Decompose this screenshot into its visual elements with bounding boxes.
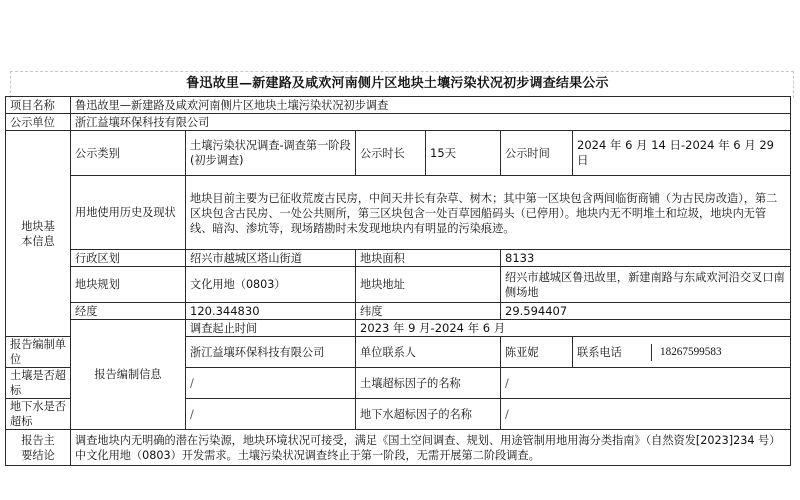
conclusion-value: 调查地块内无明确的潜在污染源，地块环境状况可接受，满足《国土空间调查、规划、用途… (71, 430, 791, 466)
row-project-name: 项目名称 鲁迅故里—新建路及咸欢河南侧片区地块土壤污染状况初步调查 (6, 97, 791, 114)
soil-factor-label: 土壤超标因子的名称 (356, 368, 501, 399)
notice-table: 项目名称 鲁迅故里—新建路及咸欢河南侧片区地块土壤污染状况初步调查 公示单位 浙… (5, 96, 791, 466)
document-title: 鲁迅故里—新建路及咸欢河南侧片区地块土壤污染状况初步调查结果公示 (5, 72, 790, 96)
row-survey-period: 报告编制信息 调查起止时间 2023 年 9 月-2024 年 6 月 (6, 320, 791, 337)
row-publisher: 公示单位 浙江益壤环保科技有限公司 (6, 114, 791, 131)
publisher-value: 浙江益壤环保科技有限公司 (71, 114, 791, 131)
address-value: 绍兴市越城区鲁迅故里，新建南路与东咸欢河沿交叉口南侧场地 (501, 267, 791, 303)
groundwater-factor-value: / (501, 399, 791, 430)
groundwater-exceed-label: 地下水是否超标 (6, 399, 71, 430)
address-label: 地块地址 (356, 267, 501, 303)
contact-person-value: 陈亚妮 (501, 337, 573, 368)
contact-phone-cell: 联系电话 18267599583 (573, 337, 791, 368)
publisher-label: 公示单位 (6, 114, 71, 131)
soil-exceed-label: 土壤是否超标 (6, 368, 71, 399)
row-district: 行政区划 绍兴市越城区塔山街道 地块面积 8133 (6, 250, 791, 267)
survey-period-label: 调查起止时间 (186, 320, 356, 337)
contact-person-label: 单位联系人 (356, 337, 501, 368)
latitude-value: 29.594407 (501, 303, 791, 320)
basic-info-section-label: 地块基本信息 (6, 131, 71, 337)
soil-exceed-value: / (186, 368, 356, 399)
project-name-label: 项目名称 (6, 97, 71, 114)
notice-type-value: 土壤污染状况调查-调查第一阶段(初步调查) (186, 131, 356, 176)
notice-type-label: 公示类别 (71, 131, 186, 176)
contact-phone-value: 18267599583 (652, 344, 730, 361)
groundwater-factor-label: 地下水超标因子的名称 (356, 399, 501, 430)
area-value: 8133 (501, 250, 791, 267)
row-conclusion: 报告主要结论 调查地块内无明确的潜在污染源，地块环境状况可接受，满足《国土空间调… (6, 430, 791, 466)
area-label: 地块面积 (356, 250, 501, 267)
survey-period-value: 2023 年 9 月-2024 年 6 月 (356, 320, 791, 337)
longitude-value: 120.344830 (186, 303, 356, 320)
row-coordinates: 经度 120.344830 纬度 29.594407 (6, 303, 791, 320)
latitude-label: 纬度 (356, 303, 501, 320)
row-planning: 地块规划 文化用地（0803） 地块地址 绍兴市越城区鲁迅故里，新建南路与东咸欢… (6, 267, 791, 303)
district-value: 绍兴市越城区塔山街道 (186, 250, 356, 267)
contact-phone-label: 联系电话 (573, 344, 652, 361)
report-org-label: 报告编制单位 (6, 337, 71, 368)
notice-duration-label: 公示时长 (356, 131, 426, 176)
row-notice-type: 地块基本信息 公示类别 土壤污染状况调查-调查第一阶段(初步调查) 公示时长 1… (6, 131, 791, 176)
report-org-value: 浙江益壤环保科技有限公司 (186, 337, 356, 368)
longitude-label: 经度 (71, 303, 186, 320)
groundwater-exceed-value: / (186, 399, 356, 430)
planning-label: 地块规划 (71, 267, 186, 303)
project-name-value: 鲁迅故里—新建路及咸欢河南侧片区地块土壤污染状况初步调查 (71, 97, 791, 114)
row-land-use: 用地使用历史及现状 地块目前主要为已征收荒废古民房，中间天井长有杂草、树木；其中… (6, 176, 791, 250)
notice-duration-value: 15天 (426, 131, 501, 176)
soil-factor-value: / (501, 368, 791, 399)
district-label: 行政区划 (71, 250, 186, 267)
conclusion-label: 报告主要结论 (6, 430, 71, 466)
report-info-section-label: 报告编制信息 (71, 320, 186, 430)
notice-period-label: 公示时间 (501, 131, 573, 176)
notice-period-value: 2024 年 6 月 14 日-2024 年 6 月 29 日 (573, 131, 791, 176)
planning-value: 文化用地（0803） (186, 267, 356, 303)
land-use-value: 地块目前主要为已征收荒废古民房，中间天井长有杂草、树木；其中第一区块包含两间临街… (186, 176, 791, 250)
land-use-label: 用地使用历史及现状 (71, 176, 186, 250)
